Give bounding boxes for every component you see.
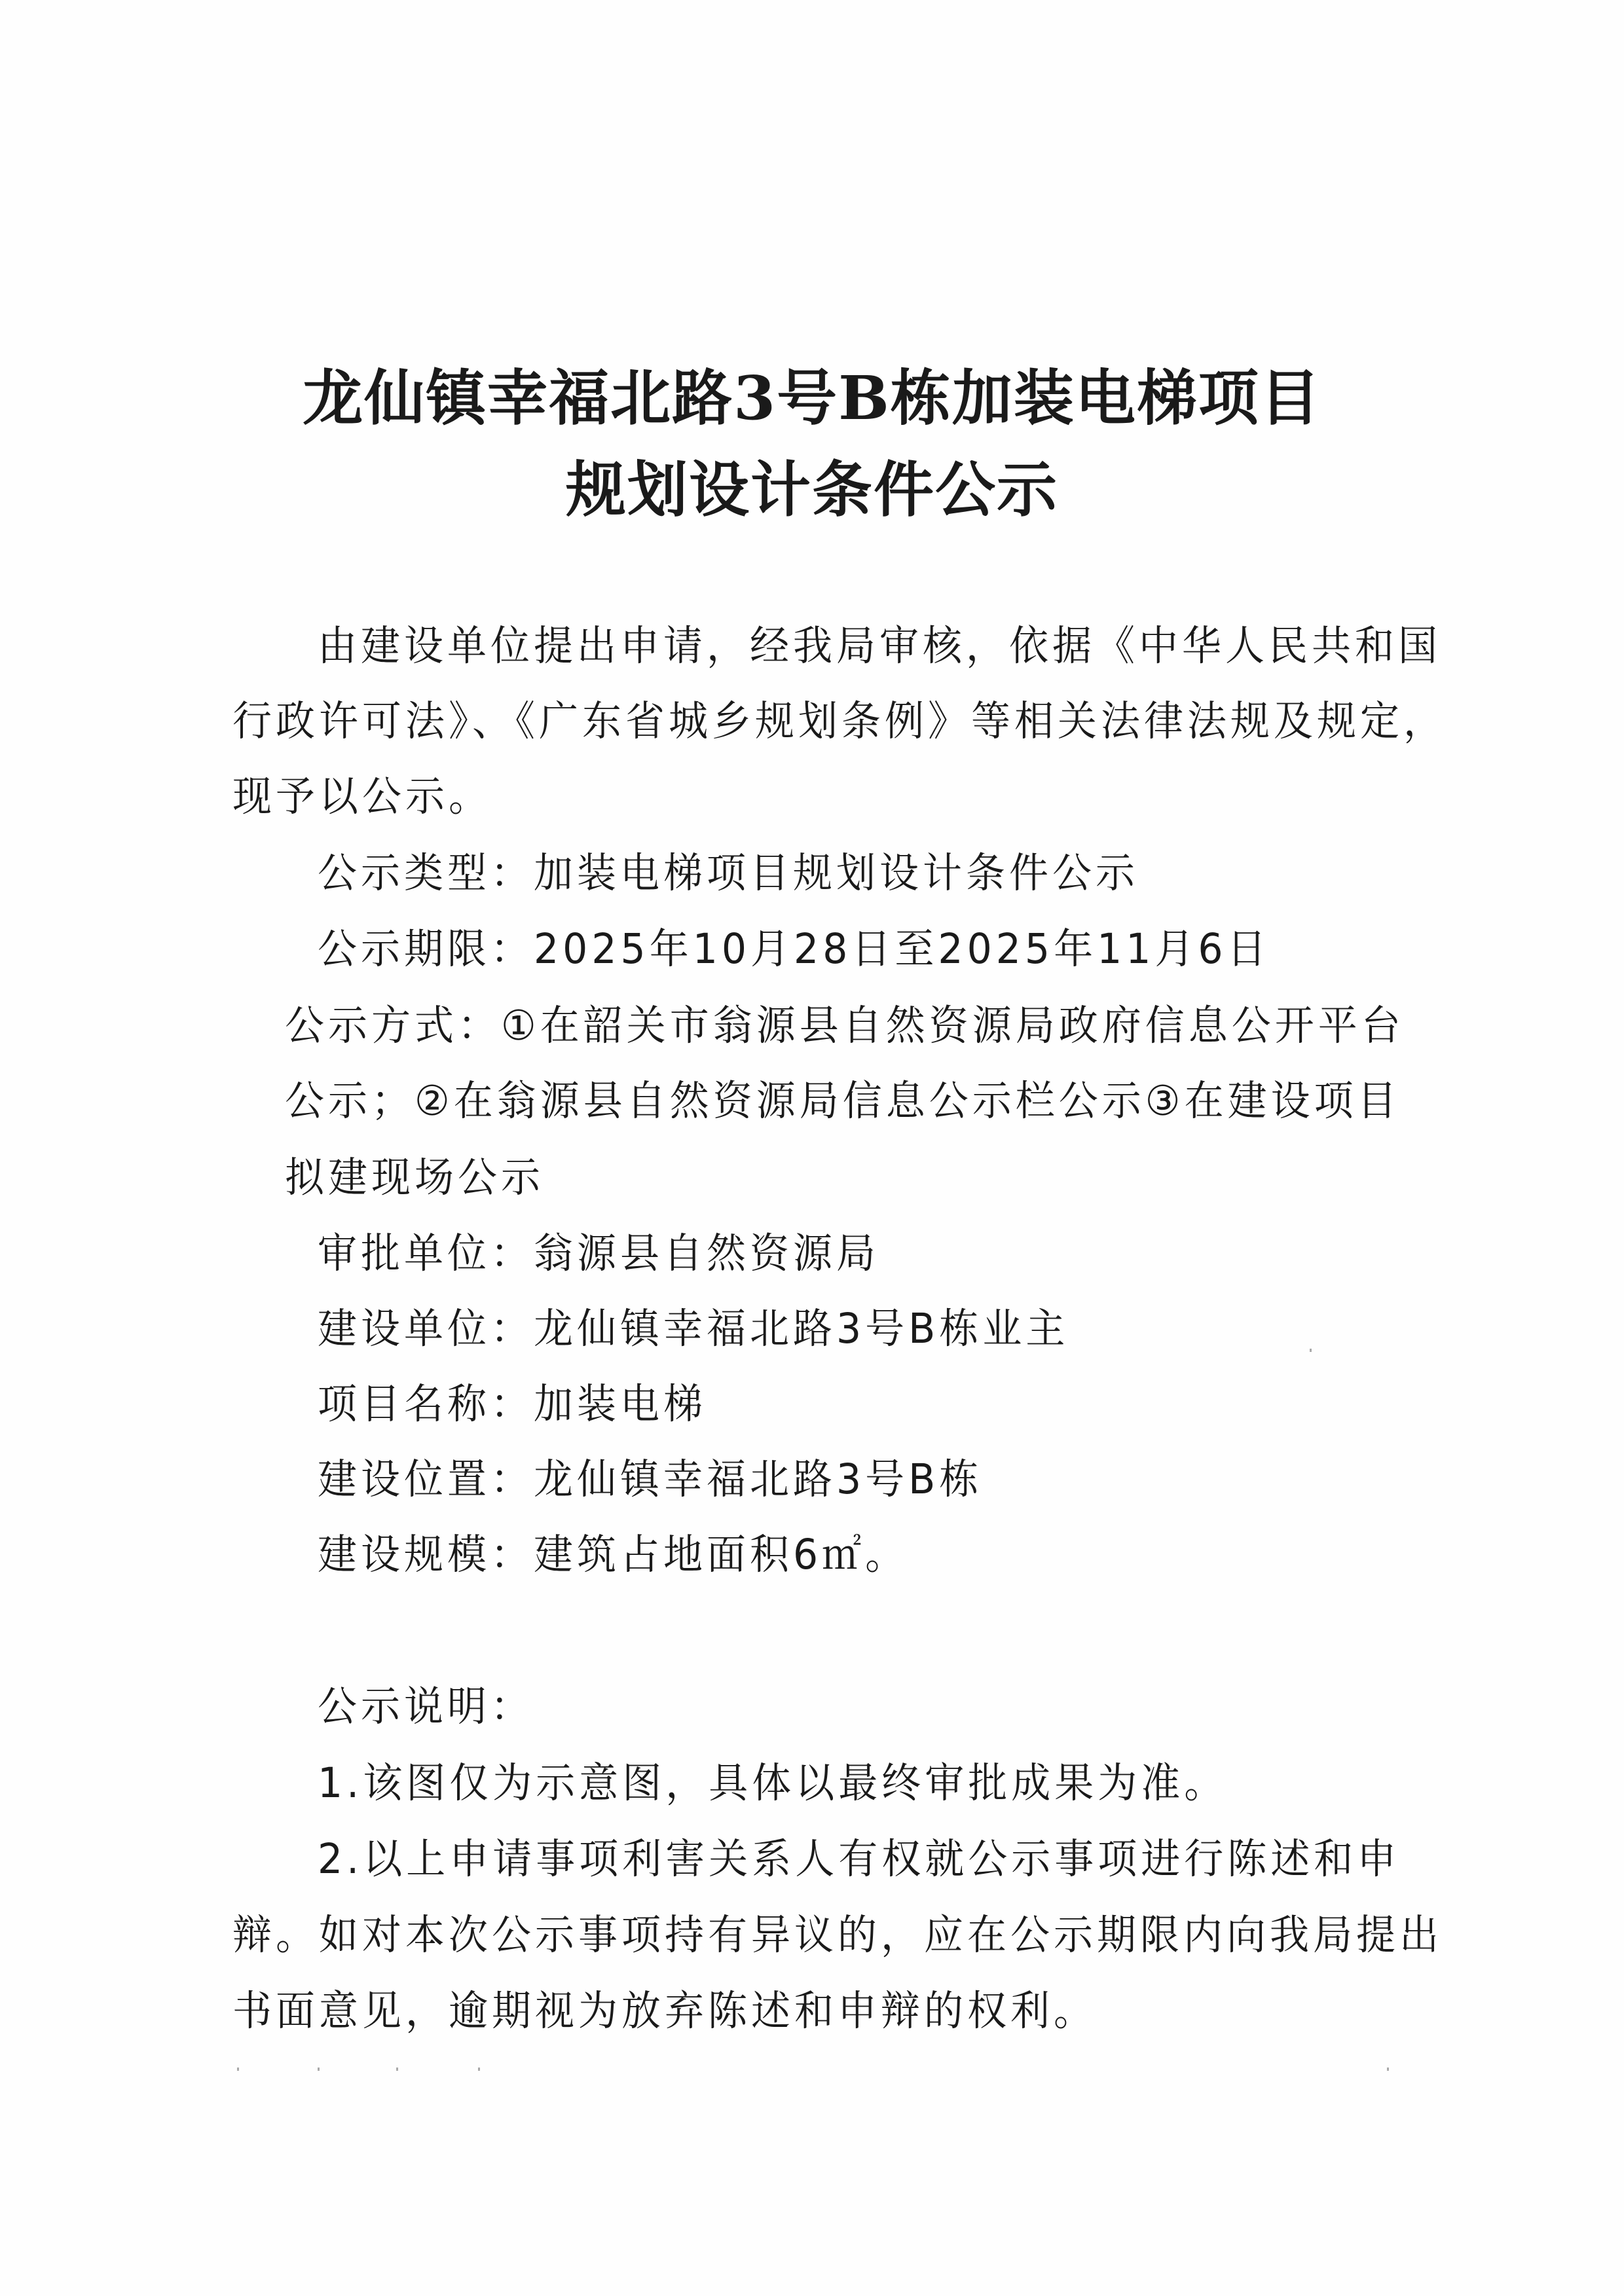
scan-speck [318,2068,320,2071]
scan-speck [478,2068,480,2071]
notice-method-line-1: 公示方式：①在韶关市翁源县自然资源局政府信息公开平台 [285,998,1405,1053]
approval-unit: 审批单位：翁源县自然资源局 [318,1226,879,1281]
document-title-line-1: 龙仙镇幸福北路3号B栋加装电梯项目 [0,359,1624,437]
document-page: 龙仙镇幸福北路3号B栋加装电梯项目 规划设计条件公示 由建设单位提出申请，经我局… [0,0,1624,2296]
intro-line-3: 现予以公示。 [232,769,492,824]
note-item-2-line-3: 书面意见，逾期视为放弃陈述和申辩的权利。 [232,1984,1097,2039]
scan-speck [1387,2068,1389,2071]
construction-unit: 建设单位：龙仙镇幸福北路3号B栋业主 [318,1302,1069,1357]
scan-speck [396,2068,398,2071]
construction-scale: 建设规模：建筑占地面积6㎡。 [318,1527,908,1582]
notes-heading: 公示说明： [318,1679,534,1734]
scan-speck [237,2068,239,2071]
note-item-2-line-2: 辩。如对本次公示事项持有异议的，应在公示期限内向我局提出 [232,1908,1443,1963]
notice-period: 公示期限：2025年10月28日至2025年11月6日 [318,922,1270,977]
construction-location: 建设位置：龙仙镇幸福北路3号B栋 [318,1452,982,1507]
intro-line-1: 由建设单位提出申请，经我局审核，依据《中华人民共和国 [318,619,1441,674]
note-item-2-line-1: 2.以上申请事项利害关系人有权就公示事项进行陈述和申 [318,1832,1400,1887]
notice-method-line-3: 拟建现场公示 [285,1150,544,1205]
note-item-1: 1.该图仅为示意图，具体以最终审批成果为准。 [318,1756,1227,1811]
intro-line-2: 行政许可法》、《广东省城乡规划条例》等相关法律法规及规定， [232,694,1447,749]
project-name: 项目名称：加装电梯 [318,1377,707,1432]
document-title-line-2: 规划设计条件公示 [0,450,1624,529]
notice-type: 公示类型：加装电梯项目规划设计条件公示 [318,846,1139,901]
notice-method-line-2: 公示；②在翁源县自然资源局信息公示栏公示③在建设项目 [285,1074,1401,1129]
scan-speck [1310,1349,1312,1352]
